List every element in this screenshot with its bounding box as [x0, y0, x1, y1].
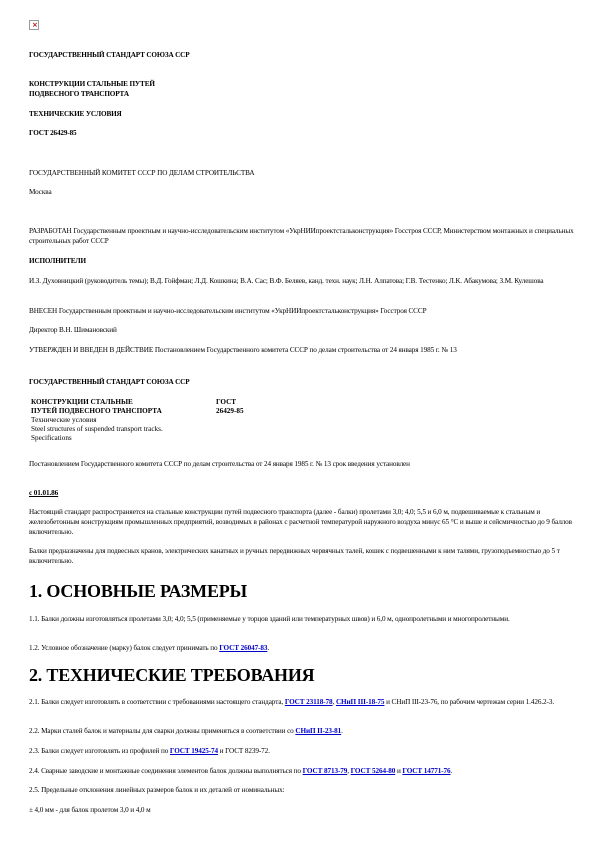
scope-paragraph: Настоящий стандарт распространяется на с… — [29, 507, 575, 537]
link-gost-23118-78[interactable]: ГОСТ 23118-78 — [285, 698, 333, 706]
document-page: × ГОСУДАРСТВЕННЫЙ СТАНДАРТ СОЮЗА ССР КОН… — [0, 0, 595, 842]
link-gost-5264-80[interactable]: ГОСТ 5264-80 — [351, 767, 396, 775]
link-gost-26047-83[interactable]: ГОСТ 26047-83 — [219, 644, 267, 652]
title-block-en-subtitle: Specifications — [31, 434, 72, 443]
doc-title-line1: КОНСТРУКЦИИ СТАЛЬНЫЕ ПУТЕЙ — [29, 79, 575, 89]
paragraph-1-1: 1.1. Балки должны изготовляться пролетам… — [29, 614, 575, 624]
tolerance-item: ± 4,0 мм - для балок пролетом 3,0 и 4,0 … — [29, 805, 575, 815]
link-gost-19425-74[interactable]: ГОСТ 19425-74 — [170, 747, 218, 755]
approved-by: УТВЕРЖДЕН И ВВЕДЕН В ДЕЙСТВИЕ Постановле… — [29, 345, 575, 355]
paragraph-2-2: 2.2. Марки сталей балок и материалы для … — [29, 726, 575, 736]
title-block-gost-label: ГОСТ — [216, 398, 276, 407]
broken-image-icon: × — [29, 20, 39, 30]
effective-date: с 01.01.86 — [29, 488, 575, 498]
title-block-standard: ГОСУДАРСТВЕННЫЙ СТАНДАРТ СОЮЗА ССР — [29, 377, 575, 387]
developed-by: РАЗРАБОТАН Государственным проектным и н… — [29, 226, 575, 246]
performers-list: И.З. Духовницкий (руководитель темы); В.… — [29, 276, 575, 286]
title-block: КОНСТРУКЦИИ СТАЛЬНЫЕ ГОСТ ПУТЕЙ ПОДВЕСНО… — [31, 398, 276, 443]
developed-label: РАЗРАБОТАН — [29, 227, 72, 235]
section-1-heading: 1. ОСНОВНЫЕ РАЗМЕРЫ — [29, 580, 247, 602]
doc-subtitle: ТЕХНИЧЕСКИЕ УСЛОВИЯ — [29, 109, 575, 119]
link-snip-iii-18-75[interactable]: СНиП III-18-75 — [336, 698, 384, 706]
title-block-en-title: Steel structures of suspended transport … — [31, 425, 163, 434]
standard-title: ГОСУДАРСТВЕННЫЙ СТАНДАРТ СОЮЗА ССР — [29, 50, 575, 60]
purpose-paragraph: Балки предназначены для подвесных кранов… — [29, 546, 575, 566]
committee-name: ГОСУДАРСТВЕННЫЙ КОМИТЕТ СССР ПО ДЕЛАМ СТ… — [29, 168, 575, 178]
link-gost-8713-79[interactable]: ГОСТ 8713-79 — [303, 767, 348, 775]
link-gost-14771-76[interactable]: ГОСТ 14771-76 — [402, 767, 450, 775]
paragraph-2-1: 2.1. Балки следует изготовлять в соответ… — [29, 697, 575, 707]
city: Москва — [29, 187, 575, 197]
paragraph-2-3: 2.3. Балки следует изготовлять из профил… — [29, 746, 575, 756]
section-2-heading: 2. ТЕХНИЧЕСКИЕ ТРЕБОВАНИЯ — [29, 664, 314, 686]
decree-text: Постановлением Государственного комитета… — [29, 459, 575, 469]
title-block-name-line1: КОНСТРУКЦИИ СТАЛЬНЫЕ — [31, 398, 216, 407]
title-block-name-line2: ПУТЕЙ ПОДВЕСНОГО ТРАНСПОРТА — [31, 407, 216, 416]
gost-number: ГОСТ 26429-85 — [29, 128, 575, 138]
title-block-ru-subtitle: Технические условия — [31, 416, 97, 425]
title-block-gost-number: 26429-85 — [216, 407, 276, 416]
doc-title-line2: ПОДВЕСНОГО ТРАНСПОРТА — [29, 89, 575, 99]
director: Директор В.Н. Шимановский — [29, 325, 575, 335]
doc-title: КОНСТРУКЦИИ СТАЛЬНЫЕ ПУТЕЙ ПОДВЕСНОГО ТР… — [29, 79, 575, 99]
link-snip-ii-23-81[interactable]: СНиП II-23-81 — [295, 727, 341, 735]
introduced-by: ВНЕСЕН Государственным проектным и научн… — [29, 306, 575, 316]
paragraph-2-5: 2.5. Предельные отклонения линейных разм… — [29, 785, 575, 795]
performers-label: ИСПОЛНИТЕЛИ — [29, 256, 575, 266]
paragraph-1-2: 1.2. Условное обозначение (марку) балок … — [29, 643, 575, 653]
paragraph-2-4: 2.4. Сварные заводские и монтажные соеди… — [29, 766, 575, 776]
